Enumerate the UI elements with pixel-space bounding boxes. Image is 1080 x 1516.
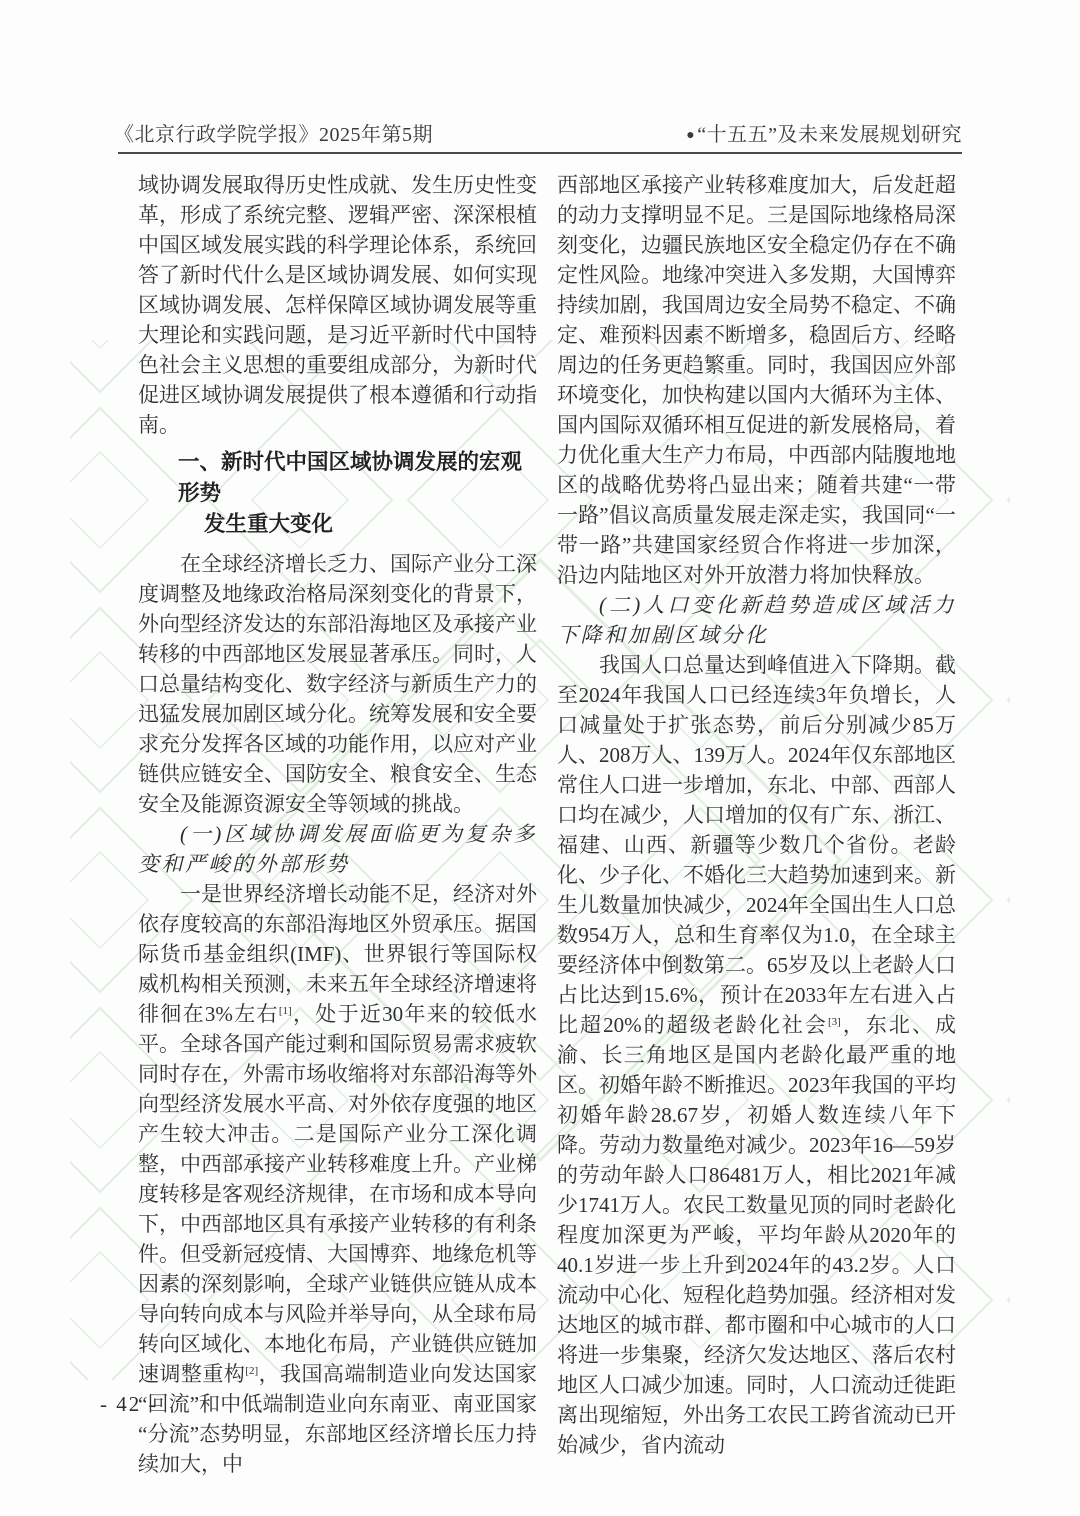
paragraph: 我国人口总量达到峰值进入下降期。截至2024年我国人口已经连续3年负增长，人口减… — [557, 650, 956, 1460]
subsection-heading: (一)区域协调发展面临更为复杂多变和严峻的外部形势 — [138, 819, 537, 879]
page-number: - 42 - — [100, 1392, 158, 1417]
paragraph: 在全球经济增长乏力、国际产业分工深度调整及地缘政治格局深刻变化的背景下，外向型经… — [138, 549, 537, 819]
paragraph: 一是世界经济增长动能不足，经济对外依存度较高的东部沿海地区外贸承压。据国际货币基… — [138, 879, 537, 1479]
right-text-column: 西部地区承接产业转移难度加大，后发赶超的动力支撑明显不足。三是国际地缘格局深刻变… — [557, 170, 956, 1460]
footnote-ref: [2] — [245, 1365, 258, 1377]
journal-title: 《北京行政学院学报》2025年第5期 — [114, 118, 433, 147]
column-topic-label: “十五五”及未来发展规划研究 — [697, 124, 962, 146]
page-header: 《北京行政学院学报》2025年第5期 ●“十五五”及未来发展规划研究 — [114, 118, 962, 146]
column-topic: ●“十五五”及未来发展规划研究 — [686, 118, 962, 147]
left-text-column: 域协调发展取得历史性成就、发生历史性变革，形成了系统完整、逻辑严密、深深根植中国… — [138, 170, 537, 1479]
bullet-icon: ● — [686, 128, 695, 143]
footnote-ref: [3] — [828, 1016, 841, 1028]
paragraph: 域协调发展取得历史性成就、发生历史性变革，形成了系统完整、逻辑严密、深深根植中国… — [138, 170, 537, 440]
journal-page: 《北京行政学院学报》2025年第5期 ●“十五五”及未来发展规划研究 域协调发展… — [0, 0, 1080, 1516]
section-heading-line: 发生重大变化 — [138, 509, 537, 540]
paragraph: 西部地区承接产业转移难度加大，后发赶超的动力支撑明显不足。三是国际地缘格局深刻变… — [557, 170, 956, 590]
header-rule — [118, 152, 962, 154]
section-heading: 一、新时代中国区域协调发展的宏观形势发生重大变化 — [138, 447, 537, 540]
section-heading-line: 一、新时代中国区域协调发展的宏观形势 — [138, 447, 537, 509]
subsection-heading: (二)人口变化新趋势造成区域活力下降和加剧区域分化 — [557, 590, 956, 650]
footnote-ref: [1] — [279, 1005, 292, 1017]
